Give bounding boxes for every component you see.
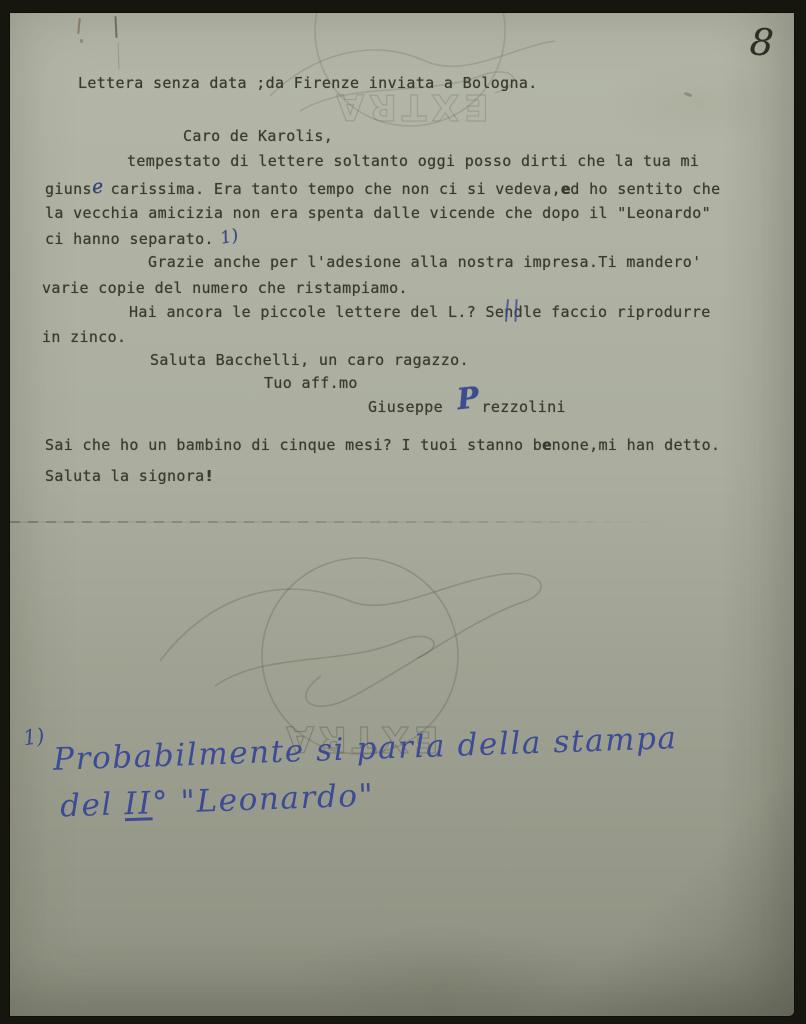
overstruck-letter: e	[542, 436, 551, 454]
pen-struck-text: nd	[504, 303, 523, 321]
typed-text: Hai ancora le piccole lettere del L.? Se	[129, 303, 504, 321]
handwritten-text: del	[59, 786, 125, 824]
typed-text: le faccio riprodurre	[523, 303, 711, 321]
typed-text: Giuseppe	[368, 398, 452, 416]
letter-postscript-line: Saluta la signora!	[45, 467, 214, 485]
typed-text: giuns	[45, 180, 92, 198]
ink-smudge	[684, 92, 693, 97]
letter-body-line: giunse carissima. Era tanto tempo che no…	[45, 177, 720, 200]
footnote-reference-mark: 1)	[219, 225, 241, 249]
ink-smudge	[118, 43, 120, 69]
letter-body-line: varie copie del numero che ristampiamo.	[42, 279, 408, 297]
letter-body-line: tempestato di lettere soltanto oggi poss…	[127, 152, 699, 170]
ink-smudge	[77, 18, 81, 34]
typed-text: d ho sentito che	[570, 180, 720, 198]
footnote-line2: del II° "Leonardo"	[59, 778, 375, 825]
footnote-line1: Probabilmente si parla della stampa	[53, 720, 679, 778]
letter-body-line: in zinco.	[42, 328, 126, 346]
letter-body-line: la vecchia amicizia non era spenta dalle…	[45, 204, 711, 222]
overstruck-letter: !	[204, 467, 213, 485]
typed-text: carissima. Era tanto tempo che non ci si…	[101, 180, 561, 198]
typed-text: Sai che ho un bambino di cinque mesi? I …	[45, 436, 542, 454]
letter-postscript-line: Sai che ho un bambino di cinque mesi? I …	[45, 436, 720, 454]
typed-text: rezzolini	[481, 398, 565, 416]
letter-salutation: Caro de Karolis,	[183, 127, 333, 145]
typed-text: ci hanno separato.	[45, 230, 214, 248]
typed-text: Saluta la signora	[45, 467, 204, 485]
letter-page: EXTRA EXTRA 8 Lettera senza data ;da Fir…	[10, 13, 794, 1016]
ink-smudge	[80, 39, 83, 43]
overstruck-letter: e	[561, 180, 570, 198]
footnote-number: 1)	[21, 724, 46, 751]
letter-heading: Lettera senza data ;da Firenze inviata a…	[78, 74, 538, 92]
letter-signature: Giuseppe Prezzolini	[368, 398, 566, 416]
handwritten-text: ° "Leonardo"	[151, 778, 375, 822]
letter-body-line: Saluta Bacchelli, un caro ragazzo.	[150, 351, 469, 369]
fold-crease	[10, 521, 794, 523]
pen-capital-initial: P	[458, 397, 482, 400]
ink-smudge	[114, 16, 117, 38]
page-number: 8	[749, 20, 775, 65]
letter-body-line: Grazie anche per l'adesione alla nostra …	[148, 253, 701, 271]
pen-correction-letter: e	[90, 175, 102, 199]
underlined-roman-numeral: II	[124, 785, 153, 822]
letter-body-line: ci hanno separato.1)	[45, 229, 239, 249]
letter-body-line: Hai ancora le piccole lettere del L.? Se…	[129, 303, 711, 321]
watermark-extra-text: EXTRA	[331, 86, 489, 127]
typed-text: none,mi han detto.	[552, 436, 721, 454]
letter-closing: Tuo aff.mo	[264, 374, 358, 392]
